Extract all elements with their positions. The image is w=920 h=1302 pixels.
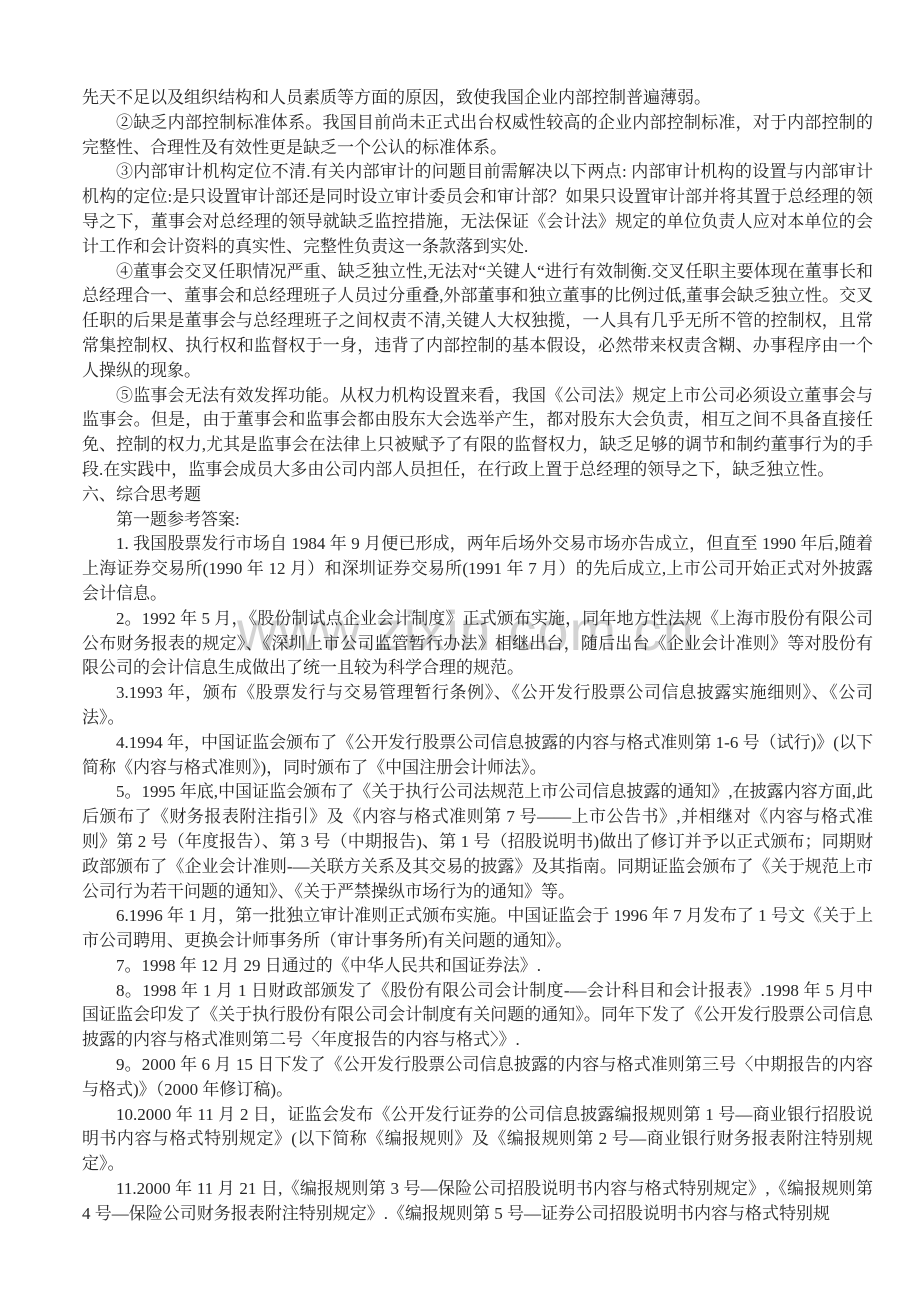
document-page: www.zixin.com.cn 先天不足以及组织结构和人员素质等方面的原因，致… bbox=[0, 0, 920, 1302]
document-body: 先天不足以及组织结构和人员素质等方面的原因，致使我国企业内部控制普遍薄弱。 ②缺… bbox=[82, 86, 873, 1227]
para-point-5: ⑤监事会无法有效发挥功能。从权力机构设置来看，我国《公司法》规定上市公司必须设立… bbox=[82, 384, 873, 483]
para-item-9: 9。2000 年 6 月 15 日下发了《公开发行股票公司信息披露的内容与格式准… bbox=[82, 1053, 873, 1103]
para-item-5: 5。1995 年底,中国证监会颁布了《关于执行公司法规范上市公司信息披露的通知》… bbox=[82, 780, 873, 904]
para-item-3: 3.1993 年，颁布《股票发行与交易管理暂行条例》、《公开发行股票公司信息披露… bbox=[82, 681, 873, 731]
para-point-4: ④董事会交叉任职情况严重、缺乏独立性,无法对“关键人“进行有效制衡.交叉任职主要… bbox=[82, 260, 873, 384]
para-item-6: 6.1996 年 1 月，第一批独立审计准则正式颁布实施。中国证监会于 1996… bbox=[82, 904, 873, 954]
para-item-11: 11.2000 年 11 月 21 日,《编报规则第 3 号—保险公司招股说明书… bbox=[82, 1177, 873, 1227]
section-heading: 六、综合思考题 bbox=[82, 483, 873, 508]
para-item-2: 2。1992 年 5 月，《股份制试点企业会计制度》正式颁布实施，同年地方性法规… bbox=[82, 607, 873, 681]
para-continuation: 先天不足以及组织结构和人员素质等方面的原因，致使我国企业内部控制普遍薄弱。 bbox=[82, 86, 873, 111]
para-item-1: 1. 我国股票发行市场自 1984 年 9 月便已形成，两年后场外交易市场亦告成… bbox=[82, 532, 873, 606]
para-item-7: 7。1998 年 12 月 29 日通过的《中华人民共和国证券法》. bbox=[82, 954, 873, 979]
para-point-2: ②缺乏内部控制标准体系。我国目前尚未正式出台权威性较高的企业内部控制标准，对于内… bbox=[82, 111, 873, 161]
para-point-3: ③内部审计机构定位不清.有关内部审计的问题目前需解决以下两点: 内部审计机构的设… bbox=[82, 160, 873, 259]
para-item-10: 10.2000 年 11 月 2 日，证监会发布《公开发行证券的公司信息披露编报… bbox=[82, 1103, 873, 1177]
answer-heading: 第一题参考答案: bbox=[82, 508, 873, 533]
para-item-4: 4.1994 年，中国证监会颁布了《公开发行股票公司信息披露的内容与格式准则第 … bbox=[82, 731, 873, 781]
para-item-8: 8。1998 年 1 月 1 日财政部颁发了《股份有限公司会计制度-—会计科目和… bbox=[82, 979, 873, 1053]
